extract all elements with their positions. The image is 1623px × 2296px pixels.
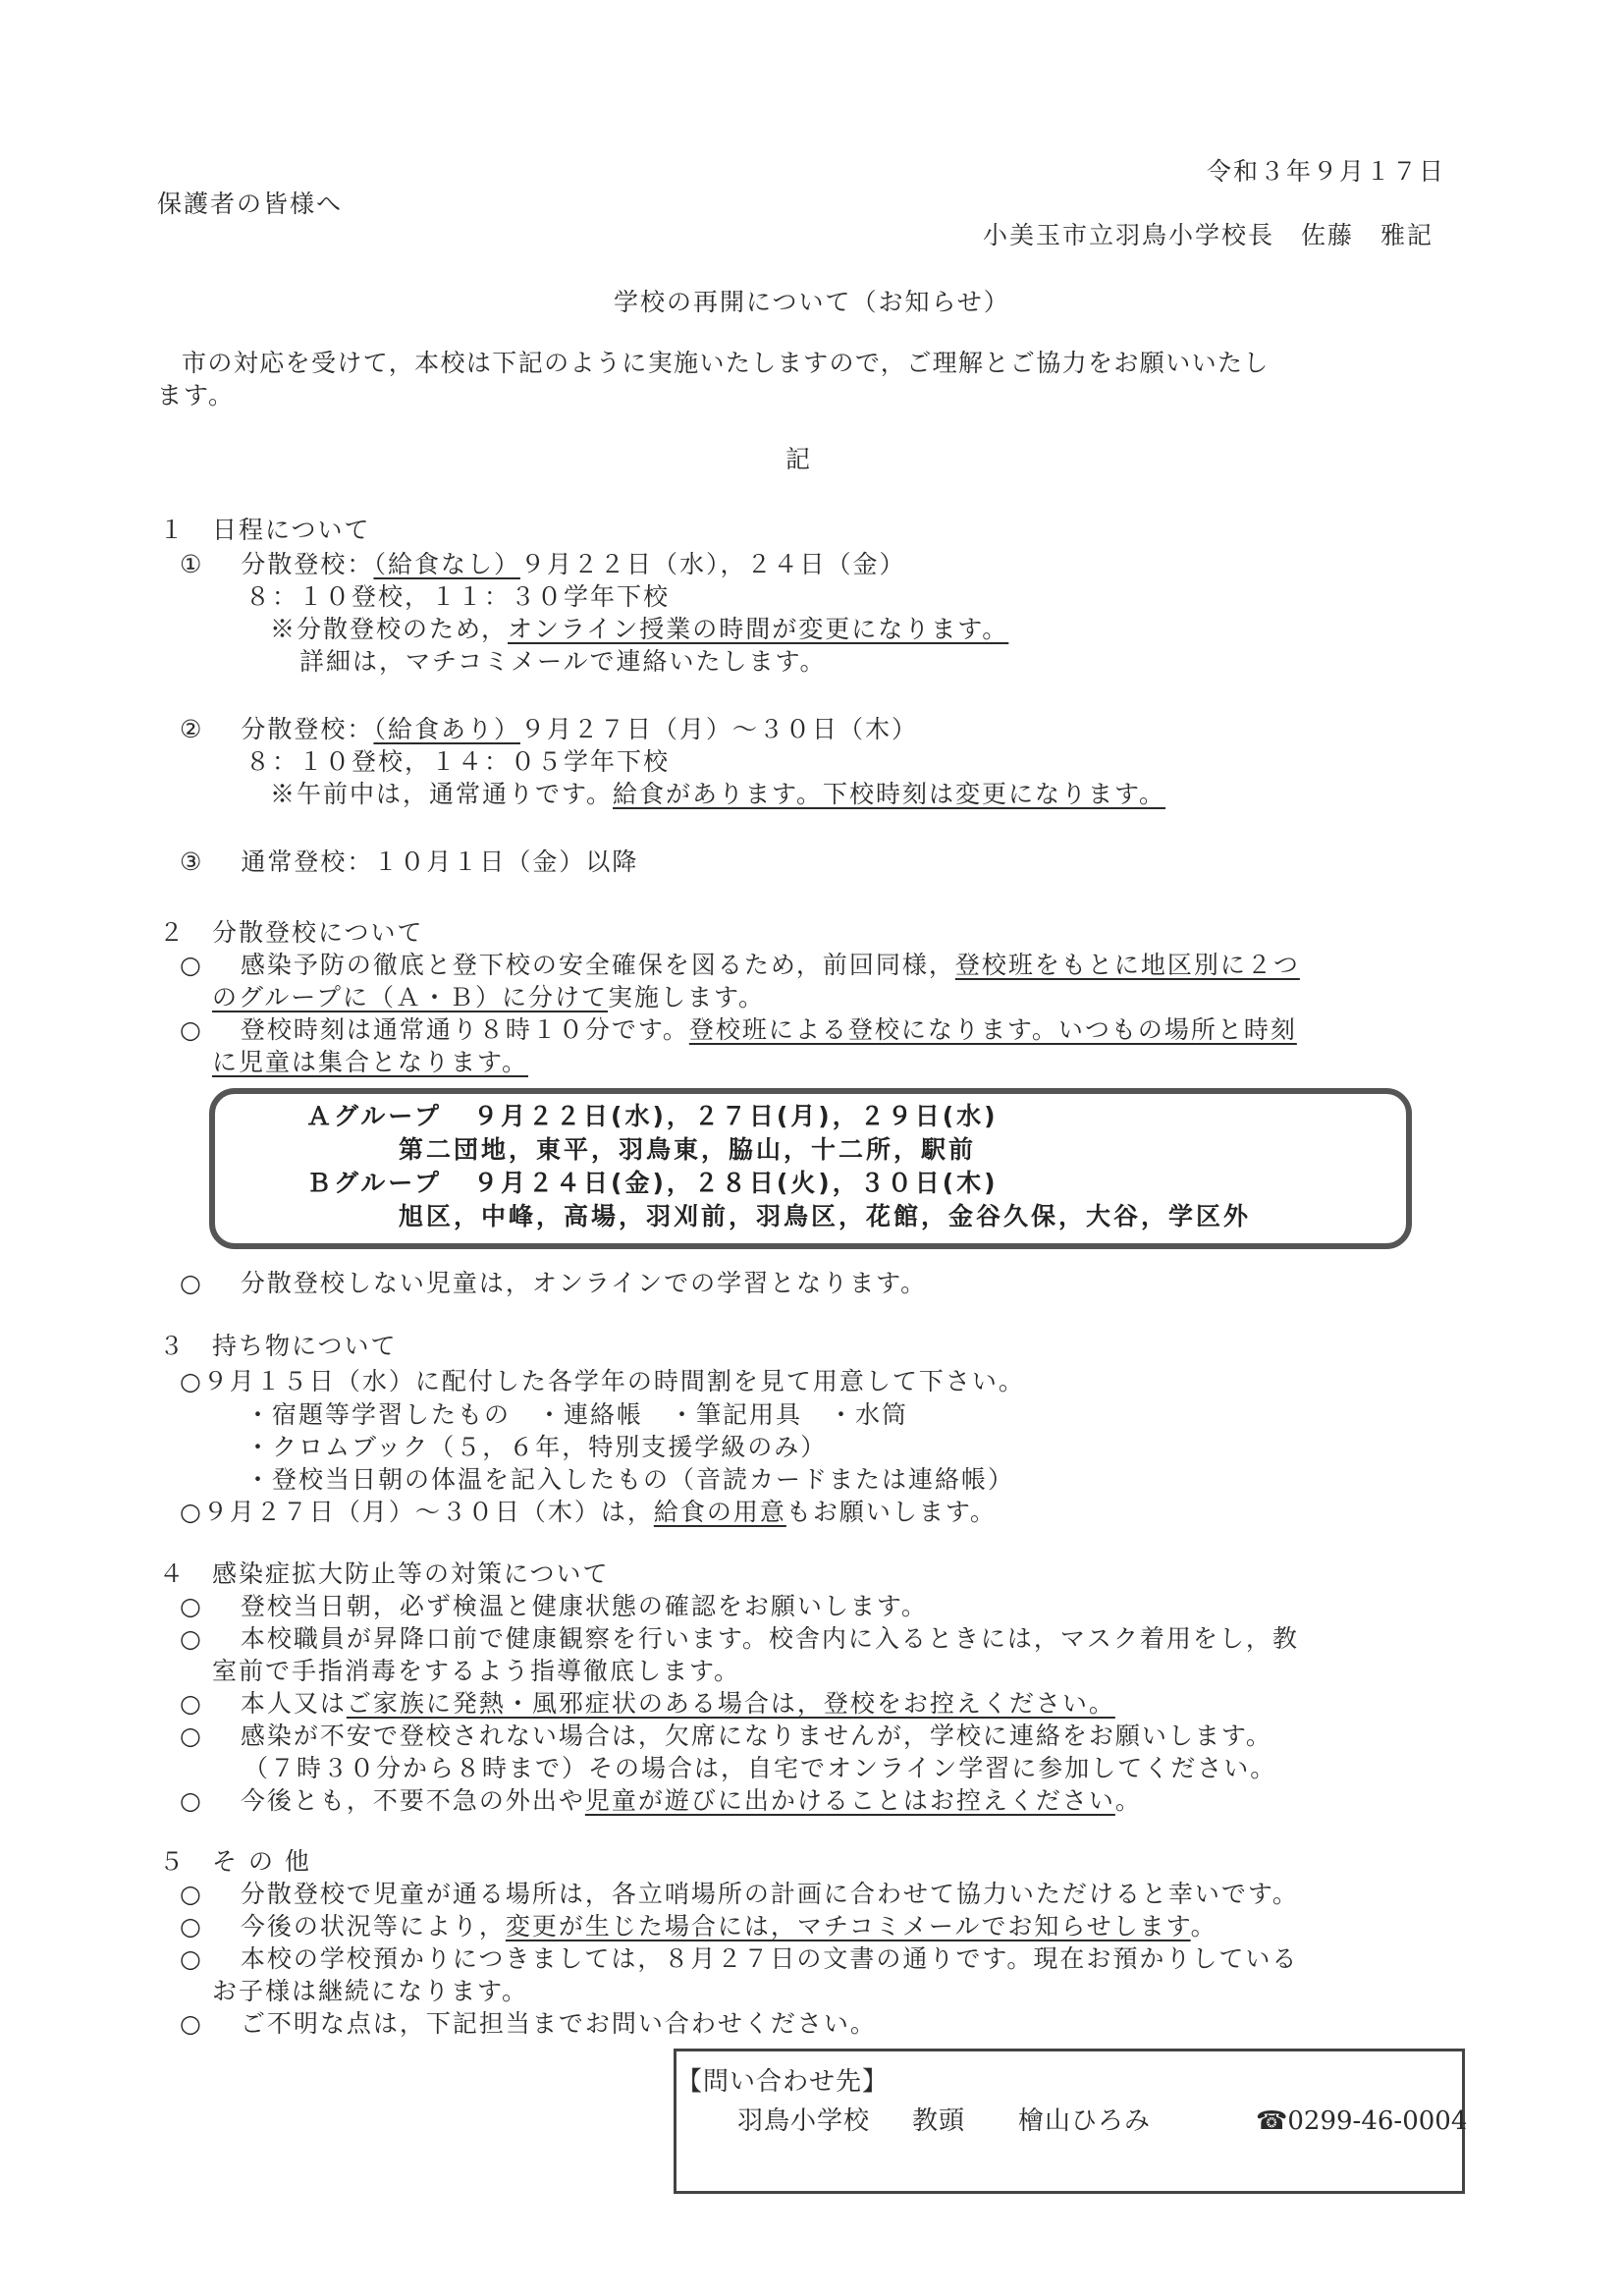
lunch-none-note: （給食なし）	[373, 550, 520, 578]
schedule-item-1-times: ８：１０登校，１１：３０学年下校	[245, 582, 670, 612]
group-dates: ９月２４日(金)，２８日(火)，３０日(木)	[473, 1169, 999, 1197]
section-4-bullet-2: ○本校職員が昇降口前で健康観察を行います。校舎内に入るときには，マスク着用をし，…	[180, 1624, 1299, 1654]
document-date: 令和３年９月１７日	[1159, 157, 1445, 187]
bullet-text: 本校職員が昇降口前で健康観察を行います。校舎内に入るときには，マスク着用をし，教	[241, 1624, 1299, 1653]
group-b-row: Ｂグループ９月２４日(金)，２８日(火)，３０日(木)	[306, 1169, 999, 1198]
bullet-text: 登校当日朝，必ず検温と健康状態の確認をお願いします。	[241, 1592, 928, 1620]
circle-bullet-icon: ○	[180, 1592, 203, 1620]
section-2-bullet-2: ○登校時刻は通常通り８時１０分です。登校班による登校になります。いつもの場所と時…	[180, 1015, 1297, 1045]
bullet-text: 実施します。	[608, 983, 765, 1011]
bullet-text: 本人又は	[241, 1689, 347, 1718]
circled-number-3: ③	[180, 847, 203, 876]
contact-school: 羽鳥小学校	[737, 2106, 870, 2136]
addressee: 保護者の皆様へ	[157, 190, 343, 219]
intro-line-1: 市の対応を受けて，本校は下記のように実施いたしますので，ご理解とご協力をお願いい…	[182, 349, 1270, 378]
note-text: ※午前中は，通常通りです。	[270, 780, 613, 808]
group-name: Ａグループ	[306, 1102, 442, 1130]
bullet-text: 分散登校しない児童は，オンラインでの学習となります。	[241, 1269, 927, 1297]
section-4-bullet-2-cont: 室前で手指消毒をするよう指導徹底します。	[212, 1657, 740, 1686]
section-2-heading: ２ 分散登校について	[159, 918, 424, 948]
section-5-bullet-2: ○今後の状況等により，変更が生じた場合には，マチコミメールでお知らせします。	[180, 1912, 1217, 1941]
circle-bullet-icon: ○	[180, 2009, 203, 2038]
note-text: ※分散登校のため，	[270, 615, 508, 643]
schedule-item-2-times: ８：１０登校，１４：０５学年下校	[245, 747, 670, 777]
section-3-line-last: ○９月２７日（月）～３０日（木）は，給食の用意もお願いします。	[180, 1498, 997, 1527]
bullet-text: ご不明な点は，下記担当までお問い合わせください。	[241, 2009, 877, 2038]
schedule-item-2-note: ※午前中は，通常通りです。給食があります。下校時刻は変更になります。	[270, 780, 1165, 809]
schedule-item-1-note: ※分散登校のため，オンライン授業の時間が変更になります。	[270, 615, 1008, 644]
section-3-heading: ３ 持ち物について	[159, 1332, 398, 1361]
bullet-underlined: 登校班による登校になります。いつもの場所と時刻	[689, 1015, 1297, 1044]
line-text: もお願いします。	[786, 1498, 997, 1526]
contact-box: 【問い合わせ先】 羽鳥小学校 教頭 檜山ひろみ ☎0299-46-0004	[674, 2049, 1465, 2194]
section-4-bullet-3: ○本人又はご家族に発熱・風邪症状のある場合は，登校をお控えください。	[180, 1689, 1115, 1719]
bullet-underlined: に児童は集合となります。	[212, 1048, 528, 1076]
circled-number-2: ②	[180, 715, 203, 743]
bullet-text: 今後の状況等により，	[241, 1912, 506, 1941]
circle-bullet-icon: ○	[180, 1689, 203, 1718]
document-title: 学校の再開について（お知らせ）	[614, 288, 1010, 317]
section-4-heading: ４ 感染症拡大防止等の対策について	[159, 1559, 610, 1589]
group-schedule-box: Ａグループ９月２２日(水)，２７日(月)，２９日(水) 第二団地，東平，羽鳥東，…	[209, 1088, 1412, 1249]
circle-bullet-icon: ○	[180, 1912, 203, 1941]
bullet-underlined: 変更が生じた場合には，マチコミメールでお知らせします	[506, 1912, 1191, 1941]
item-dates: ９月２７日（月）～３０日（木）	[520, 715, 918, 743]
section-5-bullet-3: ○本校の学校預かりにつきましては，８月２７日の文書の通りです。現在お預かりしてい…	[180, 1944, 1298, 1974]
section-4-bullet-4: ○感染が不安で登校されない場合は，欠席になりませんが，学校に連絡をお願いします。	[180, 1722, 1272, 1751]
group-dates: ９月２２日(水)，２７日(月)，２９日(水)	[473, 1102, 999, 1130]
schedule-item-3: ③通常登校：１０月１日（金）以降	[180, 847, 638, 877]
intro-line-2: ます。	[157, 381, 235, 410]
circle-bullet-icon: ○	[180, 1722, 203, 1750]
belonging-item: ・宿題等学習したもの ・連絡帳 ・筆記用具 ・水筒	[245, 1400, 908, 1430]
bullet-text: 感染が不安で登校されない場合は，欠席になりませんが，学校に連絡をお願いします。	[241, 1722, 1272, 1750]
group-b-areas: 旭区，中峰，高場，羽刈前，羽鳥区，花館，金谷久保，大谷，学区外	[399, 1202, 1251, 1231]
section-5-bullet-1: ○分散登校で児童が通る場所は，各立哨場所の計画に合わせて協力いただけると幸いです…	[180, 1880, 1299, 1909]
bullet-text: 本校の学校預かりにつきましては，８月２７日の文書の通りです。現在お預かりしている	[241, 1944, 1299, 1973]
bullet-text: 登校時刻は通常通り８時１０分です。	[241, 1015, 689, 1044]
schedule-item-1: ①分散登校：（給食なし）９月２２日（水），２４日（金）	[180, 550, 905, 579]
line-underlined: 給食の用意	[654, 1498, 786, 1526]
note-underlined: オンライン授業の時間が変更になります。	[508, 615, 1008, 643]
phone-number[interactable]: 0299-46-0004	[1287, 2106, 1467, 2136]
note-underlined: 給食があります。下校時刻は変更になります。	[613, 780, 1165, 808]
bullet-text: 。	[1115, 1786, 1142, 1815]
section-5-bullet-4: ○ご不明な点は，下記担当までお問い合わせください。	[180, 2009, 877, 2039]
lunch-provided-note: （給食あり）	[373, 715, 520, 743]
section-4-bullet-4-cont: （７時３０分から８時まで）その場合は，自宅でオンライン学習に参加してください。	[243, 1754, 1276, 1783]
item-text: 通常登校：１０月１日（金）以降	[241, 847, 638, 876]
item-label: 分散登校：	[241, 550, 373, 578]
bullet-text: 感染予防の徹底と登下校の安全確保を図るため，前回同様，	[241, 951, 955, 979]
bullet-text: 分散登校で児童が通る場所は，各立哨場所の計画に合わせて協力いただけると幸いです。	[241, 1880, 1299, 1908]
section-5-heading: ５ そ の 他	[159, 1847, 311, 1877]
line-text: ○９月２７日（月）～３０日（木）は，	[180, 1498, 654, 1526]
circle-bullet-icon: ○	[180, 1786, 203, 1815]
group-a-areas: 第二団地，東平，羽鳥東，脇山，十二所，駅前	[399, 1135, 976, 1165]
circle-bullet-icon: ○	[180, 1624, 203, 1653]
circled-number-1: ①	[180, 550, 203, 578]
bullet-text: 今後とも，不要不急の外出や	[241, 1786, 585, 1815]
section-5-bullet-3-cont: お子様は継続になります。	[212, 1977, 528, 2006]
section-2-bullet-1-cont: のグループに（Ａ・Ｂ）に分けて実施します。	[212, 983, 765, 1012]
bullet-underlined: 登校班をもとに地区別に２つ	[955, 951, 1300, 979]
contact-role: 教頭	[912, 2106, 965, 2136]
phone-icon: ☎	[1256, 2106, 1287, 2136]
circle-bullet-icon: ○	[180, 1880, 203, 1908]
sender: 小美玉市立羽鳥小学校長 佐藤 雅記	[884, 221, 1434, 250]
section-4-bullet-5: ○今後とも，不要不急の外出や児童が遊びに出かけることはお控えください。	[180, 1786, 1142, 1816]
schedule-item-1-note-2: 詳細は，マチコミメールで連絡いたします。	[299, 647, 827, 677]
contact-name: 檜山ひろみ	[1018, 2106, 1151, 2136]
group-name: Ｂグループ	[306, 1169, 442, 1197]
circle-bullet-icon: ○	[180, 1269, 203, 1297]
contact-phone: ☎0299-46-0004	[1256, 2106, 1467, 2136]
section-4-bullet-1: ○登校当日朝，必ず検温と健康状態の確認をお願いします。	[180, 1592, 928, 1621]
section-1-heading: １ 日程について	[159, 516, 371, 545]
belonging-item: ・クロムブック（５，６年，特別支援学級のみ）	[245, 1433, 827, 1462]
section-2-bullet-2-cont: に児童は集合となります。	[212, 1048, 528, 1077]
ki-heading: 記	[785, 445, 812, 474]
circle-bullet-icon: ○	[180, 951, 203, 979]
bullet-underlined: ご家族に発熱・風邪症状のある場合は，登校をお控えください。	[347, 1689, 1115, 1718]
contact-heading: 【問い合わせ先】	[676, 2067, 889, 2097]
section-2-bullet-1: ○感染予防の徹底と登下校の安全確保を図るため，前回同様，登校班をもとに地区別に２…	[180, 951, 1300, 980]
bullet-underlined: のグループに（Ａ・Ｂ）に分けて	[212, 983, 608, 1011]
item-label: 分散登校：	[241, 715, 373, 743]
group-a-row: Ａグループ９月２２日(水)，２７日(月)，２９日(水)	[306, 1102, 999, 1131]
bullet-underlined: 児童が遊びに出かけることはお控えください	[585, 1786, 1115, 1815]
circle-bullet-icon: ○	[180, 1015, 203, 1044]
bullet-text: 。	[1191, 1912, 1217, 1941]
belonging-item: ・登校当日朝の体温を記入したもの（音読カードまたは連絡帳）	[245, 1465, 1014, 1495]
section-2-bullet-3: ○分散登校しない児童は，オンラインでの学習となります。	[180, 1269, 927, 1298]
item-dates: ９月２２日（水），２４日（金）	[520, 550, 906, 578]
schedule-item-2: ②分散登校：（給食あり）９月２７日（月）～３０日（木）	[180, 715, 918, 744]
circle-bullet-icon: ○	[180, 1944, 203, 1973]
section-3-line-1: ○９月１５日（水）に配付した各学年の時間割を見て用意して下さい。	[180, 1367, 1025, 1396]
